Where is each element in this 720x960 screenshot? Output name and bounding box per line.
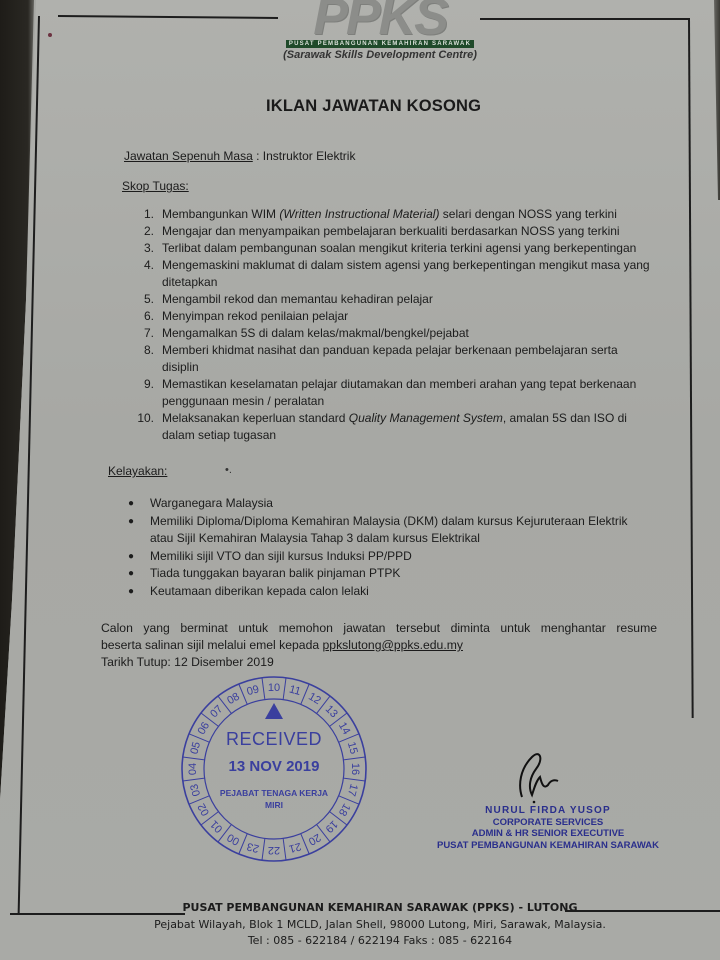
bullet-icon: ● bbox=[128, 513, 150, 548]
stamp-date: 13 NOV 2019 bbox=[178, 758, 370, 775]
duty-item: 7.Mengamalkan 5S di dalam kelas/makmal/b… bbox=[136, 325, 656, 342]
qualification-item: ●Keutamaan diberikan kepada calon lelaki bbox=[128, 583, 628, 601]
ppks-logo: PPKS PUSAT PEMBANGUNAN KEMAHIRAN SARAWAK… bbox=[280, 0, 480, 64]
bullet-icon: ● bbox=[128, 583, 150, 601]
application-instructions: Calon yang berminat untuk memohon jawata… bbox=[101, 620, 657, 671]
position-line: Jawatan Sepenuh Masa : Instruktor Elektr… bbox=[124, 149, 355, 163]
duty-item: 3.Terlibat dalam pembangunan soalan meng… bbox=[136, 240, 656, 257]
duty-number: 8. bbox=[136, 342, 154, 376]
qualification-text: Keutamaan diberikan kepada calon lelaki bbox=[150, 583, 628, 601]
application-line-2: beserta salinan sijil melalui emel kepad… bbox=[101, 637, 657, 654]
position-separator: : bbox=[253, 149, 263, 163]
duty-text: Memberi khidmat nasihat dan panduan kepa… bbox=[162, 342, 656, 376]
duty-text: Menyimpan rekod penilaian pelajar bbox=[162, 308, 656, 325]
stamp-status: RECEIVED bbox=[178, 729, 370, 750]
qualification-item: ●Tiada tunggakan bayaran balik pinjaman … bbox=[128, 565, 628, 583]
duty-text: Memastikan keselamatan pelajar diutamaka… bbox=[162, 376, 656, 410]
paper-specks: •. bbox=[225, 464, 232, 476]
closing-date-line: Tarikh Tutup: 12 Disember 2019 bbox=[101, 654, 657, 671]
qualification-text: Memiliki Diploma/Diploma Kemahiran Malay… bbox=[150, 513, 628, 548]
paper-speck bbox=[48, 33, 52, 37]
bullet-icon: ● bbox=[128, 548, 150, 566]
duty-text: Terlibat dalam pembangunan soalan mengik… bbox=[162, 240, 656, 257]
qualifications-list: ●Warganegara Malaysia●Memiliki Diploma/D… bbox=[128, 495, 628, 600]
duty-item: 4.Mengemaskini maklumat di dalam sistem … bbox=[136, 257, 656, 291]
duty-number: 1. bbox=[136, 206, 154, 223]
duty-text: Mengemaskini maklumat di dalam sistem ag… bbox=[162, 257, 656, 291]
position-label: Jawatan Sepenuh Masa bbox=[124, 149, 253, 163]
signatory-department: CORPORATE SERVICES bbox=[432, 817, 664, 829]
duty-text: Mengamalkan 5S di dalam kelas/makmal/ben… bbox=[162, 325, 656, 342]
duty-text: Melaksanakan keperluan standard Quality … bbox=[162, 410, 656, 444]
qualification-item: ●Warganegara Malaysia bbox=[128, 495, 628, 513]
qualification-text: Memiliki sijil VTO dan sijil kursus Indu… bbox=[150, 548, 628, 566]
signatory-name: NURUL FIRDA YUSOP bbox=[432, 805, 664, 817]
closing-date-label: Tarikh Tutup: bbox=[101, 655, 174, 669]
qualification-text: Tiada tunggakan bayaran balik pinjaman P… bbox=[150, 565, 628, 583]
footer-title: PUSAT PEMBANGUNAN KEMAHIRAN SARAWAK (PPK… bbox=[150, 900, 610, 917]
duty-text: Membangunkan WIM (Written Instructional … bbox=[162, 206, 656, 223]
logo-subtitle: (Sarawak Skills Development Centre) bbox=[280, 49, 480, 61]
qualification-item: ●Memiliki sijil VTO dan sijil kursus Ind… bbox=[128, 548, 628, 566]
qualification-text: Warganegara Malaysia bbox=[150, 495, 628, 513]
duty-number: 3. bbox=[136, 240, 154, 257]
duty-item: 10.Melaksanakan keperluan standard Quali… bbox=[136, 410, 656, 444]
stamp-city: MIRI bbox=[178, 800, 370, 810]
duty-item: 2.Mengajar dan menyampaikan pembelajaran… bbox=[136, 223, 656, 240]
signatory-organization: PUSAT PEMBANGUNAN KEMAHIRAN SARAWAK bbox=[432, 840, 664, 852]
stamp-center: RECEIVED 13 NOV 2019 PEJABAT TENAGA KERJ… bbox=[178, 673, 370, 865]
signatory-role: ADMIN & HR SENIOR EXECUTIVE bbox=[432, 828, 664, 840]
duty-item: 8.Memberi khidmat nasihat dan panduan ke… bbox=[136, 342, 656, 376]
arrow-up-icon bbox=[265, 703, 283, 719]
bullet-icon: ● bbox=[128, 495, 150, 513]
closing-date-value: 12 Disember 2019 bbox=[174, 655, 274, 669]
duty-number: 4. bbox=[136, 257, 154, 291]
application-line-1: Calon yang berminat untuk memohon jawata… bbox=[101, 620, 657, 637]
stamp-office: PEJABAT TENAGA KERJA bbox=[178, 788, 370, 798]
duty-item: 1.Membangunkan WIM (Written Instructiona… bbox=[136, 206, 656, 223]
duty-number: 5. bbox=[136, 291, 154, 308]
duty-text: Mengajar dan menyampaikan pembelajaran b… bbox=[162, 223, 656, 240]
duty-item: 5.Mengambil rekod dan memantau kehadiran… bbox=[136, 291, 656, 308]
application-line-2-text: beserta salinan sijil melalui emel kepad… bbox=[101, 638, 323, 652]
logo-bar-text: PUSAT PEMBANGUNAN KEMAHIRAN SARAWAK bbox=[286, 40, 474, 48]
scope-heading: Skop Tugas: bbox=[122, 179, 189, 193]
email-link[interactable]: ppkslutong@ppks.edu.my bbox=[323, 638, 463, 652]
footer: PUSAT PEMBANGUNAN KEMAHIRAN SARAWAK (PPK… bbox=[150, 900, 610, 950]
duties-list: 1.Membangunkan WIM (Written Instructiona… bbox=[136, 206, 656, 444]
page-title: IKLAN JAWATAN KOSONG bbox=[266, 97, 481, 116]
logo-mark: PPKS bbox=[280, 0, 480, 40]
duty-number: 6. bbox=[136, 308, 154, 325]
duty-number: 10. bbox=[136, 410, 154, 444]
received-stamp: 0001020304050607080910111213141516171819… bbox=[178, 673, 370, 865]
bullet-icon: ● bbox=[128, 565, 150, 583]
duty-number: 7. bbox=[136, 325, 154, 342]
duty-text: Mengambil rekod dan memantau kehadiran p… bbox=[162, 291, 656, 308]
footer-contact: Tel : 085 - 622184 / 622194 Faks : 085 -… bbox=[150, 933, 610, 950]
frame-line-top-right bbox=[480, 18, 690, 20]
qualifications-heading: Kelayakan: bbox=[108, 464, 167, 478]
duty-item: 6.Menyimpan rekod penilaian pelajar bbox=[136, 308, 656, 325]
duty-number: 9. bbox=[136, 376, 154, 410]
qualification-item: ●Memiliki Diploma/Diploma Kemahiran Mala… bbox=[128, 513, 628, 548]
position-value: Instruktor Elektrik bbox=[263, 149, 356, 163]
footer-address: Pejabat Wilayah, Blok 1 MCLD, Jalan Shel… bbox=[150, 917, 610, 934]
duty-item: 9.Memastikan keselamatan pelajar diutama… bbox=[136, 376, 656, 410]
signature-icon bbox=[510, 745, 570, 805]
signatory-block: NURUL FIRDA YUSOP CORPORATE SERVICES ADM… bbox=[432, 805, 664, 851]
duty-number: 2. bbox=[136, 223, 154, 240]
